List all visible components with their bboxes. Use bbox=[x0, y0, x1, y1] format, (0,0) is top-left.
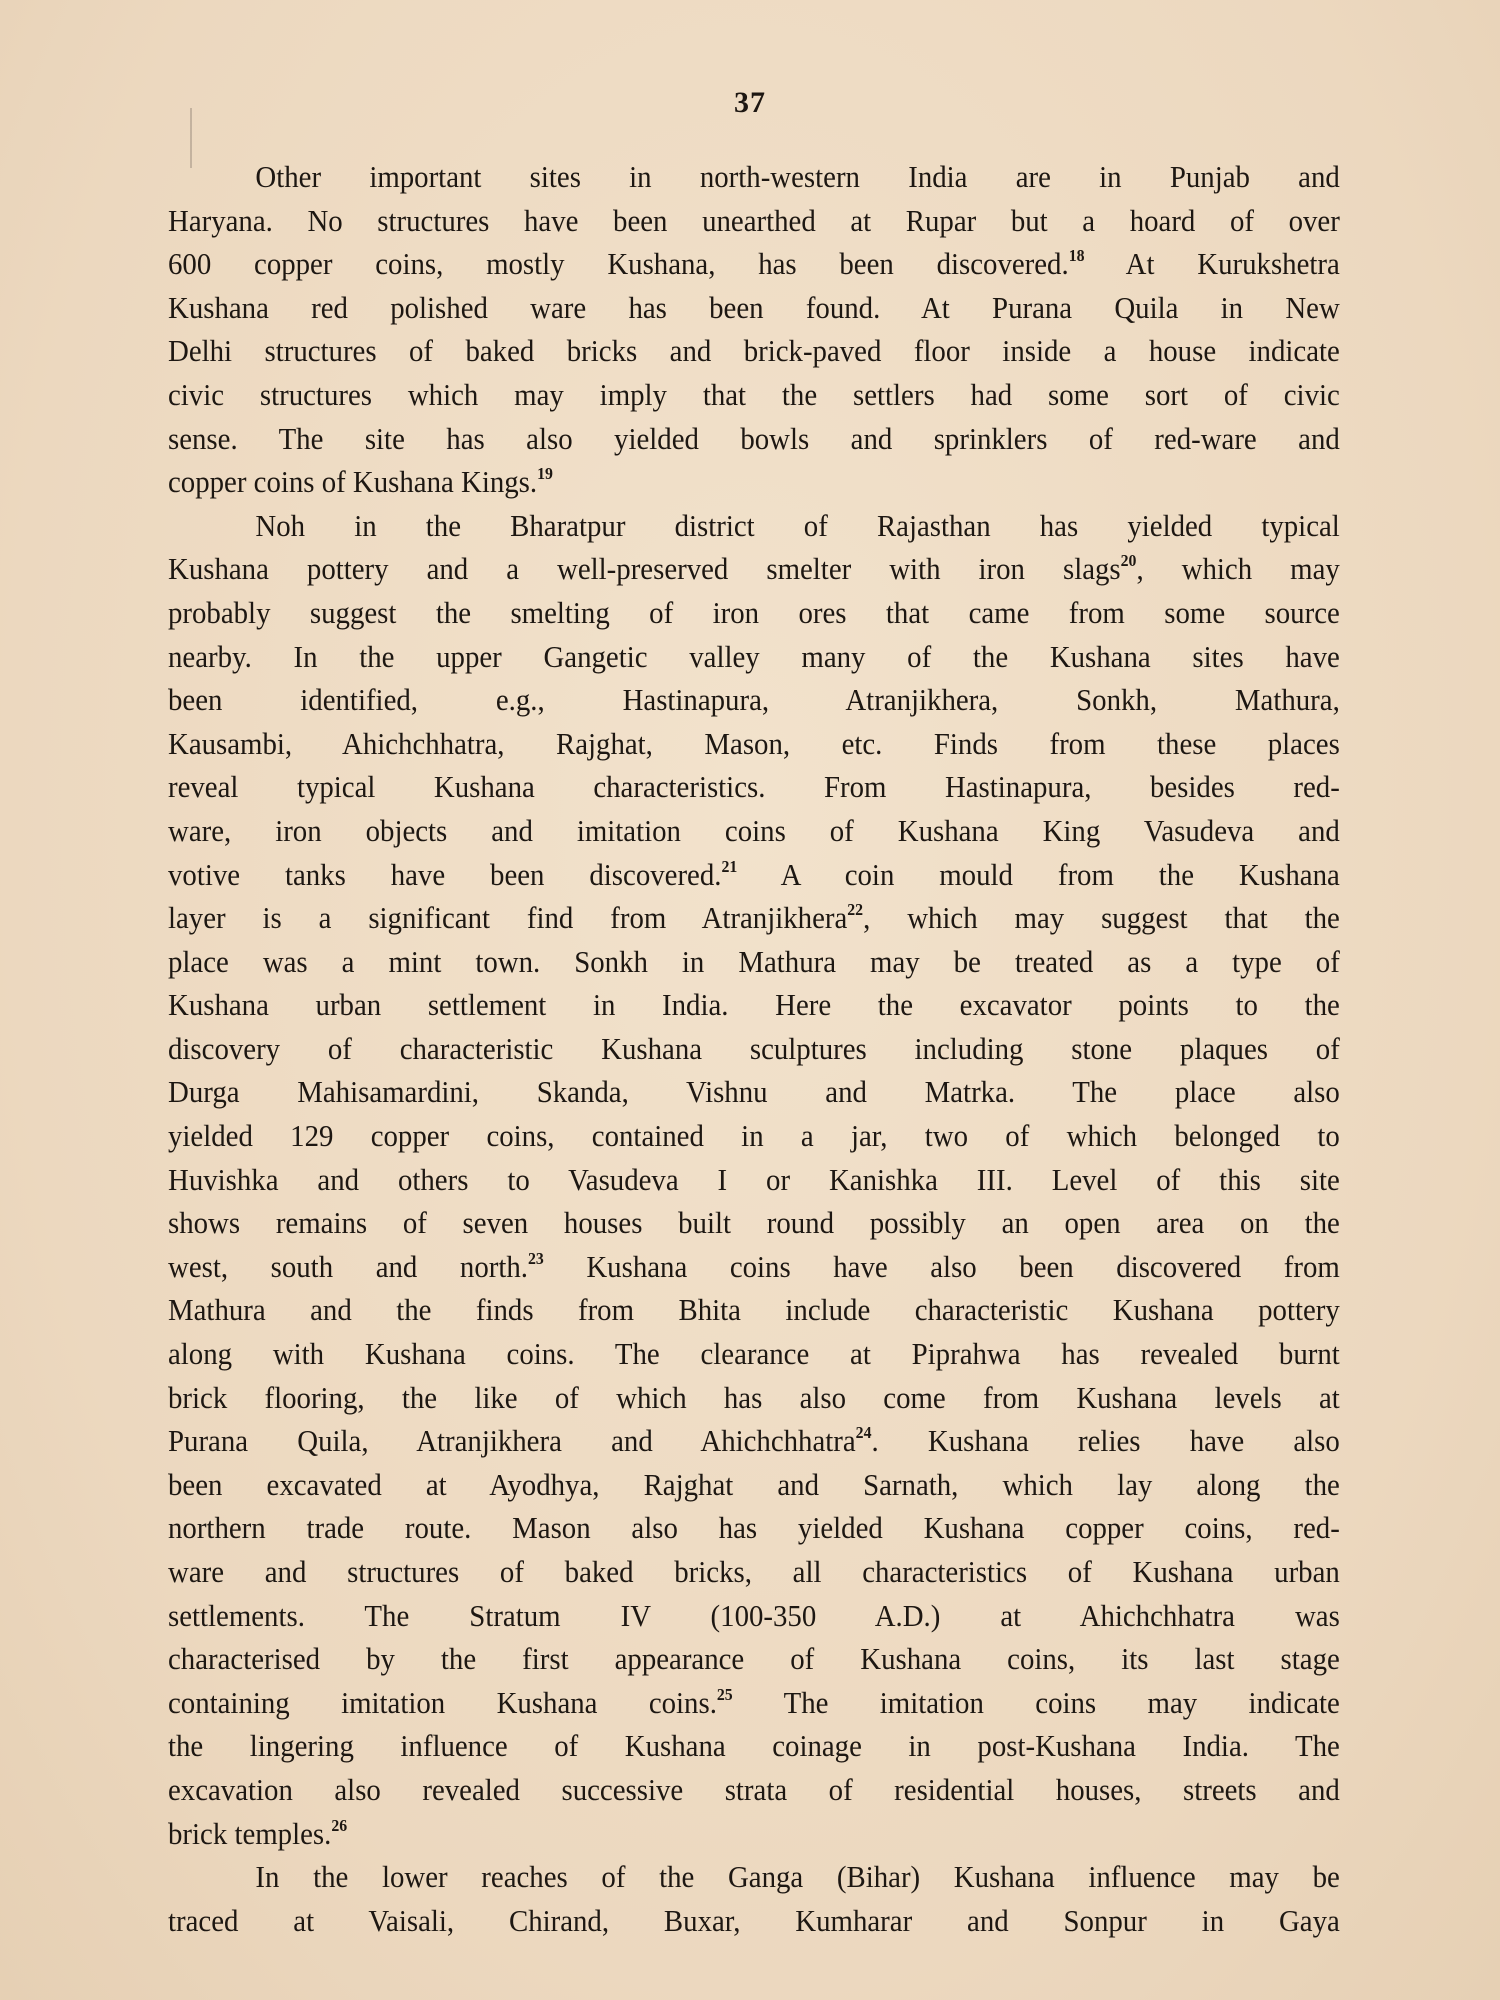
text-line: votive tanks have been discovered.21 A c… bbox=[168, 853, 1340, 897]
line-text: Kushana urban settlement in India. Here … bbox=[168, 987, 1340, 1022]
line-text: yielded 129 copper coins, contained in a… bbox=[168, 1118, 1340, 1153]
line-text: shows remains of seven houses built roun… bbox=[168, 1205, 1340, 1240]
text-line: west, south and north.23 Kushana coins h… bbox=[168, 1245, 1340, 1289]
text-line: civic structures which may imply that th… bbox=[168, 373, 1340, 417]
paragraph: In the lower reaches of the Ganga (Bihar… bbox=[168, 1855, 1340, 1942]
line-text: civic structures which may imply that th… bbox=[168, 377, 1340, 412]
line-text-after: . Kushana relies have also bbox=[871, 1423, 1339, 1458]
line-text-after: , which may suggest that the bbox=[863, 900, 1340, 935]
text-line: place was a mint town. Sonkh in Mathura … bbox=[168, 940, 1340, 984]
text-line: brick flooring, the like of which has al… bbox=[168, 1376, 1340, 1420]
text-line: ware and structures of baked bricks, all… bbox=[168, 1550, 1340, 1594]
text-line: ware, iron objects and imitation coins o… bbox=[168, 809, 1340, 853]
paragraph: Noh in the Bharatpur district of Rajasth… bbox=[168, 504, 1340, 1855]
text-line: Haryana. No structures have been unearth… bbox=[168, 199, 1340, 243]
text-line: the lingering influence of Kushana coina… bbox=[168, 1724, 1340, 1768]
line-text: votive tanks have been discovered. bbox=[168, 857, 721, 892]
text-line: Purana Quila, Atranjikhera and Ahichchha… bbox=[168, 1419, 1340, 1463]
line-text: Kushana red polished ware has been found… bbox=[168, 290, 1340, 325]
line-text: been identified, e.g., Hastinapura, Atra… bbox=[168, 682, 1340, 717]
line-text: Huvishka and others to Vasudeva I or Kan… bbox=[168, 1162, 1340, 1197]
line-text-after: The imitation coins may indicate bbox=[733, 1685, 1340, 1720]
line-text: brick flooring, the like of which has al… bbox=[168, 1380, 1340, 1415]
text-line: Kushana urban settlement in India. Here … bbox=[168, 983, 1340, 1027]
line-text: Kausambi, Ahichchhatra, Rajghat, Mason, … bbox=[168, 726, 1340, 761]
line-text: settlements. The Stratum IV (100-350 A.D… bbox=[168, 1598, 1340, 1633]
line-text: ware and structures of baked bricks, all… bbox=[168, 1554, 1340, 1589]
text-line: layer is a significant find from Atranji… bbox=[168, 896, 1340, 940]
text-line: Kushana red polished ware has been found… bbox=[168, 286, 1340, 330]
paragraph: Other important sites in north-western I… bbox=[168, 155, 1340, 504]
line-text: layer is a significant find from Atranji… bbox=[168, 900, 847, 935]
text-line: been excavated at Ayodhya, Rajghat and S… bbox=[168, 1463, 1340, 1507]
footnote-ref: 23 bbox=[528, 1249, 544, 1268]
text-line: characterised by the first appearance of… bbox=[168, 1637, 1340, 1681]
line-text: traced at Vaisali, Chirand, Buxar, Kumha… bbox=[168, 1903, 1340, 1938]
line-text: northern trade route. Mason also has yie… bbox=[168, 1510, 1340, 1545]
footnote-ref: 26 bbox=[331, 1816, 347, 1835]
line-text: Haryana. No structures have been unearth… bbox=[168, 203, 1340, 238]
footnote-ref: 20 bbox=[1121, 551, 1137, 570]
line-text: Other important sites in north-western I… bbox=[255, 159, 1339, 194]
line-text: discovery of characteristic Kushana scul… bbox=[168, 1031, 1340, 1066]
line-text: Noh in the Bharatpur district of Rajasth… bbox=[255, 508, 1339, 543]
footnote-ref: 21 bbox=[721, 857, 737, 876]
footnote-ref: 18 bbox=[1069, 246, 1085, 265]
line-text: west, south and north. bbox=[168, 1249, 528, 1284]
text-line: sense. The site has also yielded bowls a… bbox=[168, 417, 1340, 461]
line-text: containing imitation Kushana coins. bbox=[168, 1685, 717, 1720]
line-text: ware, iron objects and imitation coins o… bbox=[168, 813, 1340, 848]
text-line: traced at Vaisali, Chirand, Buxar, Kumha… bbox=[168, 1899, 1340, 1943]
line-text: excavation also revealed successive stra… bbox=[168, 1772, 1340, 1807]
text-line: Mathura and the finds from Bhita include… bbox=[168, 1288, 1340, 1332]
text-line: settlements. The Stratum IV (100-350 A.D… bbox=[168, 1594, 1340, 1638]
footnote-ref: 25 bbox=[717, 1685, 733, 1704]
line-text: brick temples. bbox=[168, 1816, 331, 1851]
text-line: been identified, e.g., Hastinapura, Atra… bbox=[168, 678, 1340, 722]
body-text: Other important sites in north-western I… bbox=[168, 155, 1340, 1942]
line-text: Purana Quila, Atranjikhera and Ahichchha… bbox=[168, 1423, 856, 1458]
text-line: yielded 129 copper coins, contained in a… bbox=[168, 1114, 1340, 1158]
line-text: the lingering influence of Kushana coina… bbox=[168, 1728, 1340, 1763]
text-line: excavation also revealed successive stra… bbox=[168, 1768, 1340, 1812]
line-text: along with Kushana coins. The clearance … bbox=[168, 1336, 1340, 1371]
text-line: reveal typical Kushana characteristics. … bbox=[168, 765, 1340, 809]
line-text: sense. The site has also yielded bowls a… bbox=[168, 421, 1340, 456]
text-line: Kausambi, Ahichchhatra, Rajghat, Mason, … bbox=[168, 722, 1340, 766]
line-text: characterised by the first appearance of… bbox=[168, 1641, 1340, 1676]
line-text-after: A coin mould from the Kushana bbox=[737, 857, 1340, 892]
text-line: In the lower reaches of the Ganga (Bihar… bbox=[168, 1855, 1340, 1899]
text-line: copper coins of Kushana Kings.19 bbox=[168, 460, 1340, 504]
text-line: shows remains of seven houses built roun… bbox=[168, 1201, 1340, 1245]
line-text: copper coins of Kushana Kings. bbox=[168, 464, 537, 499]
line-text: been excavated at Ayodhya, Rajghat and S… bbox=[168, 1467, 1340, 1502]
line-text: In the lower reaches of the Ganga (Bihar… bbox=[255, 1859, 1339, 1894]
line-text: place was a mint town. Sonkh in Mathura … bbox=[168, 944, 1340, 979]
line-text: Durga Mahisamardini, Skanda, Vishnu and … bbox=[168, 1074, 1340, 1109]
footnote-ref: 24 bbox=[856, 1423, 872, 1442]
page-number: 37 bbox=[0, 86, 1500, 120]
text-line: Delhi structures of baked bricks and bri… bbox=[168, 329, 1340, 373]
text-line: nearby. In the upper Gangetic valley man… bbox=[168, 635, 1340, 679]
text-line: along with Kushana coins. The clearance … bbox=[168, 1332, 1340, 1376]
line-text: probably suggest the smelting of iron or… bbox=[168, 595, 1340, 630]
line-text: Kushana pottery and a well-preserved sme… bbox=[168, 551, 1121, 586]
line-text: reveal typical Kushana characteristics. … bbox=[168, 769, 1340, 804]
text-line: probably suggest the smelting of iron or… bbox=[168, 591, 1340, 635]
footnote-ref: 19 bbox=[537, 464, 553, 483]
line-text: 600 copper coins, mostly Kushana, has be… bbox=[168, 246, 1069, 281]
text-line: brick temples.26 bbox=[168, 1812, 1340, 1856]
text-line: 600 copper coins, mostly Kushana, has be… bbox=[168, 242, 1340, 286]
line-text: Mathura and the finds from Bhita include… bbox=[168, 1292, 1340, 1327]
line-text: Delhi structures of baked bricks and bri… bbox=[168, 333, 1340, 368]
text-line: northern trade route. Mason also has yie… bbox=[168, 1506, 1340, 1550]
text-line: Other important sites in north-western I… bbox=[168, 155, 1340, 199]
text-line: Durga Mahisamardini, Skanda, Vishnu and … bbox=[168, 1070, 1340, 1114]
text-line: Kushana pottery and a well-preserved sme… bbox=[168, 547, 1340, 591]
text-line: Noh in the Bharatpur district of Rajasth… bbox=[168, 504, 1340, 548]
line-text-after: , which may bbox=[1136, 551, 1339, 586]
line-text-after: At Kurukshetra bbox=[1085, 246, 1340, 281]
line-text-after: Kushana coins have also been discovered … bbox=[544, 1249, 1340, 1284]
text-line: Huvishka and others to Vasudeva I or Kan… bbox=[168, 1158, 1340, 1202]
text-line: containing imitation Kushana coins.25 Th… bbox=[168, 1681, 1340, 1725]
footnote-ref: 22 bbox=[847, 900, 863, 919]
text-line: discovery of characteristic Kushana scul… bbox=[168, 1027, 1340, 1071]
line-text: nearby. In the upper Gangetic valley man… bbox=[168, 639, 1340, 674]
